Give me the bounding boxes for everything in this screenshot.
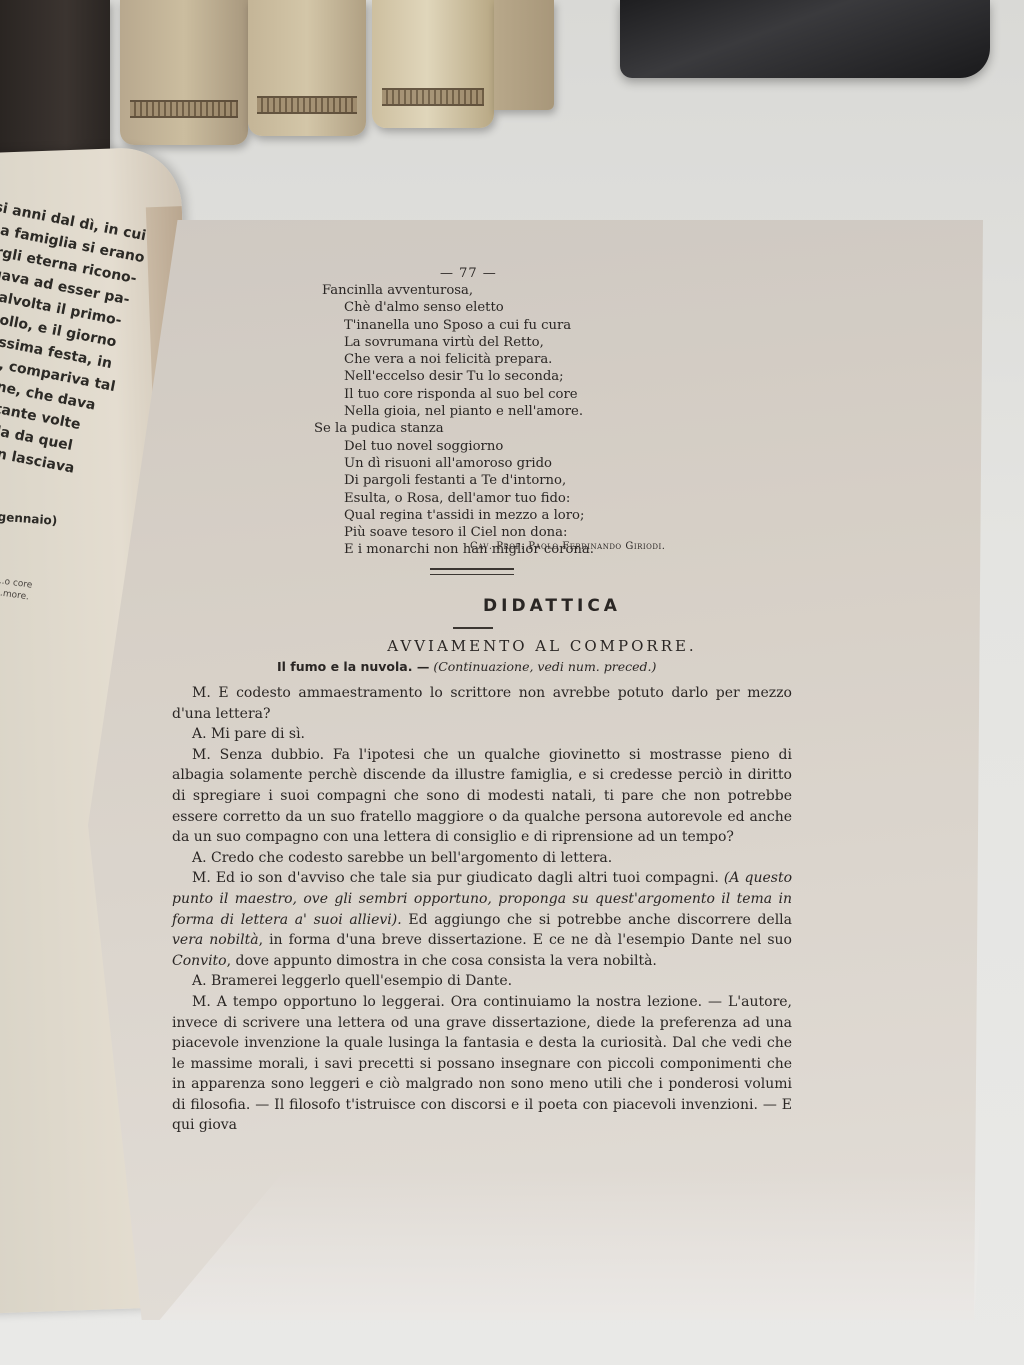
- poem-line: Nell'eccelso desir Tu lo seconda;: [322, 368, 594, 385]
- section-title: DIDATTICA: [0, 596, 1024, 616]
- poem-line: La sovrumana virtù del Retto,: [322, 334, 594, 351]
- subsection-title: AVVIAMENTO AL COMPORRE.: [0, 637, 1024, 655]
- italic-phrase: vera nobiltà: [172, 932, 259, 948]
- poem-line: Il tuo core risponda al suo bel core: [322, 386, 594, 403]
- poem-line: Del tuo novel soggiorno: [322, 438, 594, 455]
- poem-line: Esulta, o Rosa, dell'amor tuo fido:: [322, 490, 594, 507]
- author-signature: Cav. Prof. Paolo Ferdinando Giriodi.: [470, 541, 665, 552]
- paragraph: A. Mi pare di sì.: [172, 724, 792, 745]
- poem-line: Qual regina t'assidi in mezzo a loro;: [322, 507, 594, 524]
- poem-line: Un dì risuoni all'amoroso grido: [322, 455, 594, 472]
- paragraph: A. Credo che codesto sarebbe un bell'arg…: [172, 848, 792, 869]
- page-number: — 77 —: [440, 266, 497, 281]
- subtitle-bold: Il fumo e la nuvola. —: [277, 659, 429, 674]
- paragraph: M. Senza dubbio. Fa l'ipotesi che un qua…: [172, 745, 792, 848]
- poem-line: Che vera a noi felicità prepara.: [322, 351, 594, 368]
- subtitle-italic: (Continuazione, vedi num. preced.): [433, 659, 656, 674]
- paragraph-text: , dove appunto dimostra in che cosa cons…: [227, 953, 657, 969]
- page-content: — 77 — Fancinlla avventurosa, Chè d'almo…: [0, 0, 1024, 1365]
- poem-line: Nella gioia, nel pianto e nell'amore.: [322, 403, 594, 420]
- italic-title: Convito: [172, 953, 227, 969]
- poem-line: Fancinlla avventurosa,: [322, 282, 594, 299]
- poem-line: T'inanella uno Sposo a cui fu cura: [322, 317, 594, 334]
- poem-line: Se la pudica stanza: [314, 420, 594, 437]
- paragraph: M. Ed io son d'avviso che tale sia pur g…: [172, 868, 792, 971]
- poem-line: Di pargoli festanti a Te d'intorno,: [322, 472, 594, 489]
- section-divider: [430, 568, 514, 575]
- article-body: M. E codesto ammaestramento lo scrittore…: [172, 683, 792, 1136]
- paragraph-text: M. Ed io son d'avviso che tale sia pur g…: [192, 870, 719, 886]
- paragraph-text: , in forma d'una breve dissertazione. E …: [259, 932, 792, 948]
- poem-line: Chè d'almo senso eletto: [322, 299, 594, 316]
- poem-line: Più soave tesoro il Ciel non dona:: [322, 524, 594, 541]
- article-subtitle: Il fumo e la nuvola. — (Continuazione, v…: [277, 659, 656, 674]
- poem: Fancinlla avventurosa, Chè d'almo senso …: [322, 282, 594, 559]
- paragraph: M. E codesto ammaestramento lo scrittore…: [172, 683, 792, 724]
- paragraph: A. Bramerei leggerlo quell'esempio di Da…: [172, 971, 792, 992]
- paragraph-text: Ed aggiungo che si potrebbe anche discor…: [402, 912, 792, 928]
- title-divider: [453, 627, 493, 629]
- paragraph: M. A tempo opportuno lo leggerai. Ora co…: [172, 992, 792, 1136]
